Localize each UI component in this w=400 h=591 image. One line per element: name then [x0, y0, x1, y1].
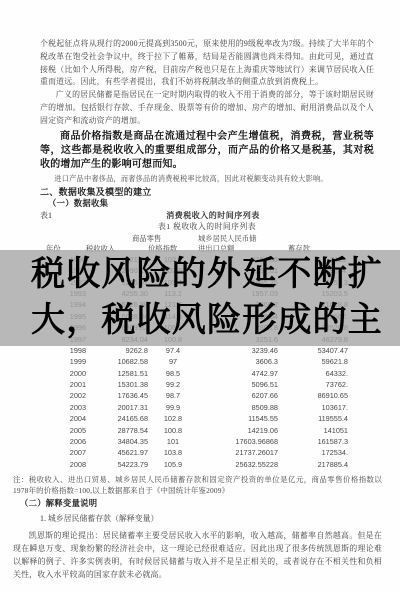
table-row: 199910682.58973606.359621.8 — [44, 356, 348, 367]
table-cell: 24165.68 — [86, 413, 148, 424]
table-cell: 28778.54 — [86, 424, 148, 435]
table-row: 19989262.897.43239.4653407.47 — [44, 345, 348, 356]
table-header-row-1: 商品零售 城乡居民人民币储 — [44, 234, 348, 244]
note-text: 注：税收收入、进出口贸易、城乡居民人民币储蓄存款和固定资产投资的单位是亿元，商品… — [13, 474, 382, 496]
table-cell: 1999 — [44, 356, 86, 367]
table-cell: 172534. — [278, 447, 348, 458]
table-cell: 4742.97 — [198, 367, 278, 378]
document-page: 个税起征点将从现行的2000元提高到3500元，原来使用的9级税率改为7级。持续… — [0, 0, 400, 591]
table-cell: 141051 — [278, 424, 348, 435]
table-cell: 2007 — [44, 447, 86, 458]
table-cell: 1998 — [44, 345, 86, 356]
table-caption-row: 表1 消费税收入的时间序列表 — [40, 211, 374, 221]
table-cell: 98.5 — [148, 367, 198, 378]
table-row: 200745621.97103.821737.26017172534. — [44, 447, 348, 458]
table-cell: 97.4 — [148, 345, 198, 356]
list-item-1: 1. 城乡居民储蓄存款（解释变量） — [40, 514, 382, 524]
table-cell: 54223.79 — [86, 459, 148, 470]
header-cell-retail: 商品零售 — [132, 234, 182, 244]
table-cell: 64332. — [278, 367, 348, 378]
table-cell: 3239.46 — [198, 345, 278, 356]
table-row: 200115301.3899.25096.5173762. — [44, 379, 348, 390]
table-cell: 2005 — [44, 424, 86, 435]
table-cell: 10682.58 — [86, 356, 148, 367]
table-cell: 17603.96868 — [198, 436, 278, 447]
table-cell: 103.8 — [148, 447, 198, 458]
header-cell-savings-top: 城乡居民人民币储 — [198, 234, 348, 244]
table-row: 200012581.5198.54742.9764332. — [44, 367, 348, 378]
table-cell: 34804.35 — [86, 436, 148, 447]
table-cell: 97 — [148, 356, 198, 367]
table-row: 200320017.3199.98509.88103617. — [44, 402, 348, 413]
table-caption-label: 表1 — [40, 211, 52, 221]
table-cell: 2001 — [44, 379, 86, 390]
overlay-title-line1: 税收风险的外延不断扩 — [31, 255, 383, 293]
table-cell: 5096.51 — [198, 379, 278, 390]
document-footer-block: 注：税收收入、进出口贸易、城乡居民人民币储蓄存款和固定资产投资的单位是亿元，商品… — [13, 474, 382, 581]
table-cell: 20017.31 — [86, 402, 148, 413]
table-row: 200634804.3510117603.96868161587.3 — [44, 436, 348, 447]
table-cell: 98.7 — [148, 390, 198, 401]
table-cell: 45621.97 — [86, 447, 148, 458]
table-cell: 73762. — [278, 379, 348, 390]
table-cell: 100.8 — [148, 424, 198, 435]
table-cell: 3606.3 — [198, 356, 278, 367]
table-cell: 86910.65 — [278, 390, 348, 401]
table-cell: 217885.4 — [278, 459, 348, 470]
table-cell: 2002 — [44, 390, 86, 401]
paragraph-price-index-bold: 商品价格指数是商品在流通过程中会产生增值税，消费税，营业税等等，这些都是税收收入… — [40, 130, 374, 172]
subsection-heading-2: （二）解释变量说明 — [20, 499, 382, 510]
paragraph-intro: 个税起征点将从现行的2000元提高到3500元，原来使用的9级税率改为7级。持续… — [40, 38, 374, 89]
table-row: 200424165.68102.811545.55119555.4 — [44, 413, 348, 424]
table-cell: 14219.06 — [198, 424, 278, 435]
table-cell: 15301.38 — [86, 379, 148, 390]
table-cell: 103617. — [278, 402, 348, 413]
paragraph-savings-definition: 广义的居民储蓄是指居民在一定时期内取得的收入不用于消费的部分，等于该时期居民财产… — [40, 89, 374, 127]
subsection-heading-1: （一）数据收集 — [48, 199, 374, 209]
table-cell: 2000 — [44, 367, 86, 378]
table-caption-title: 消费税收入的时间序列表 — [52, 211, 374, 221]
table-caption-subtitle: 表1 税收收入的时间序列表 — [40, 222, 374, 232]
table-cell: 99.9 — [148, 402, 198, 413]
table-cell: 25632.55228 — [198, 459, 278, 470]
paragraph-imports: 进口产品中奢侈品，而奢侈品的消费税税率比较高，因此对税额变动具有较大影响。 — [40, 174, 374, 184]
table-cell: 102.8 — [148, 413, 198, 424]
table-cell: 8509.88 — [198, 402, 278, 413]
table-cell: 17636.45 — [86, 390, 148, 401]
table-cell: 6207.66 — [198, 390, 278, 401]
section-heading: 二、数据收集及模型的建立 — [40, 187, 374, 198]
table-cell: 99.2 — [148, 379, 198, 390]
overlay-title-line2: 大，税收风险形成的主 — [31, 301, 383, 339]
table-cell: 11545.55 — [198, 413, 278, 424]
overlay-title: 税收风险的外延不断扩 大，税收风险形成的主 — [0, 251, 400, 343]
header-cell-blank — [44, 234, 86, 244]
table-cell: 119555.4 — [278, 413, 348, 424]
table-cell: 101 — [148, 436, 198, 447]
table-cell: 105.9 — [148, 459, 198, 470]
table-row: 200854223.79105.925632.55228217885.4 — [44, 459, 348, 470]
table-cell: 2003 — [44, 402, 86, 413]
table-cell: 12581.51 — [86, 367, 148, 378]
table-cell: 53407.47 — [278, 345, 348, 356]
table-cell: 21737.26017 — [198, 447, 278, 458]
table-cell: 2006 — [44, 436, 86, 447]
paragraph-keynes: 凯恩斯的理论提出：居民储蓄率主要受居民收入水平的影响，收入越高，储蓄率自然越高。… — [13, 529, 382, 581]
table-row: 200217636.4598.76207.6686910.65 — [44, 390, 348, 401]
table-row: 200528778.54100.814219.06141051 — [44, 424, 348, 435]
table-cell: 9262.8 — [86, 345, 148, 356]
table-cell: 2008 — [44, 459, 86, 470]
table-cell: 59621.8 — [278, 356, 348, 367]
table-cell: 161587.3 — [278, 436, 348, 447]
table-cell: 2004 — [44, 413, 86, 424]
